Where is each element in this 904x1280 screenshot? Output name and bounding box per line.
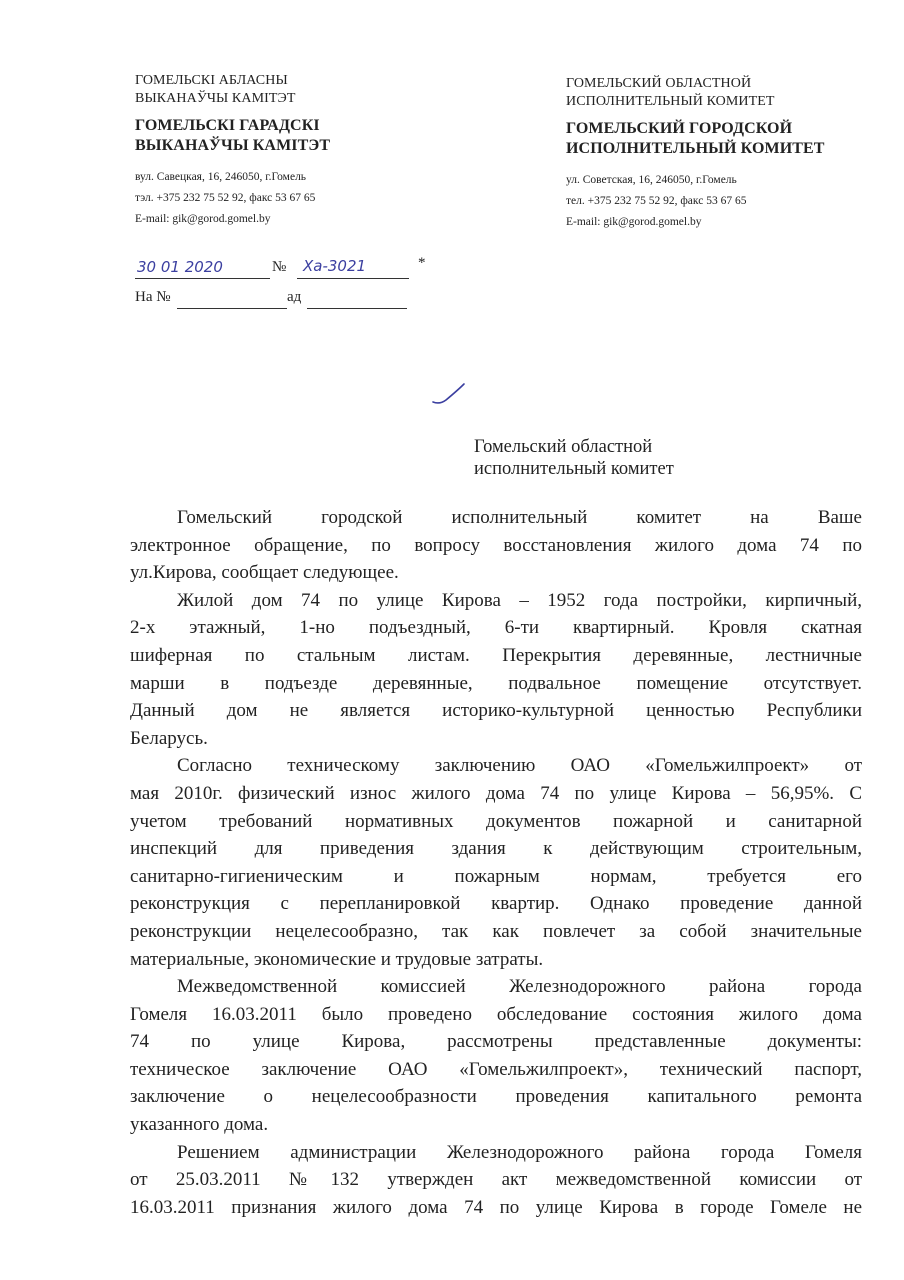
text-line: Решением администрации Железнодорожного … bbox=[130, 1139, 862, 1167]
text-line: техническое заключение ОАО «Гомельжилпро… bbox=[130, 1056, 862, 1084]
parent-org-line: ИСПОЛНИТЕЛЬНЫЙ КОМИТЕТ bbox=[566, 93, 886, 111]
text-line: санитарно-гигиеническим и пожарным норма… bbox=[130, 863, 862, 891]
text-line: Межведомственной комиссией Железнодорожн… bbox=[130, 973, 862, 1001]
text-line: Согласно техническому заключению ОАО «Го… bbox=[130, 752, 862, 780]
parent-org-line: ГОМЕЛЬСКІ АБЛАСНЫ bbox=[135, 72, 455, 90]
letterhead-russian: ГОМЕЛЬСКИЙ ОБЛАСТНОЙ ИСПОЛНИТЕЛЬНЫЙ КОМИ… bbox=[566, 75, 886, 233]
text-line: от 25.03.2011 №132 утвержден акт межведо… bbox=[130, 1166, 862, 1194]
reply-number-underline bbox=[177, 288, 287, 309]
addressee-line: Гомельский областной bbox=[474, 436, 674, 458]
email: E-mail: gik@gorod.gomel.by bbox=[566, 212, 886, 233]
text-line: Жилой дом 74 по улице Кирова – 1952 года… bbox=[130, 587, 862, 615]
paragraph: Решением администрации Железнодорожного … bbox=[130, 1139, 862, 1222]
addressee-line: исполнительный комитет bbox=[474, 458, 674, 480]
addressee: Гомельский областной исполнительный коми… bbox=[474, 436, 674, 480]
text-line: реконструкция с перепланировкой квартир.… bbox=[130, 890, 862, 918]
text-line: 2-х этажный, 1-но подъездный, 6-ти кварт… bbox=[130, 614, 862, 642]
asterisk: * bbox=[418, 255, 426, 272]
parent-org-line: ВЫКАНАЎЧЫ КАМІТЭТ bbox=[135, 90, 455, 108]
text-line: Гомельский городской исполнительный коми… bbox=[130, 504, 862, 532]
handwritten-number: Ха-3021 bbox=[303, 257, 366, 275]
org-name: ГОМЕЛЬСКІ ГАРАДСКІ ВЫКАНАЎЧЫ КАМІТЭТ bbox=[135, 116, 455, 156]
phone-fax: тел. +375 232 75 52 92, факс 53 67 65 bbox=[566, 191, 886, 212]
text-line: инспекций для приведения здания к действ… bbox=[130, 835, 862, 863]
paragraph: Гомельский городской исполнительный коми… bbox=[130, 504, 862, 587]
text-line: указанного дома. bbox=[130, 1111, 862, 1139]
paragraph: Жилой дом 74 по улице Кирова – 1952 года… bbox=[130, 587, 862, 753]
phone-fax: тэл. +375 232 75 52 92, факс 53 67 65 bbox=[135, 188, 455, 209]
outgoing-registration-line: 30 01 2020 № Ха-3021 * bbox=[135, 258, 455, 282]
text-line: ул.Кирова, сообщает следующее. bbox=[130, 559, 862, 587]
address: вул. Савецкая, 16, 246050, г.Гомель bbox=[135, 167, 455, 188]
contact-block: ул. Советская, 16, 246050, г.Гомель тел.… bbox=[566, 170, 886, 233]
letter-page: ГОМЕЛЬСКІ АБЛАСНЫ ВЫКАНАЎЧЫ КАМІТЭТ ГОМЕ… bbox=[0, 0, 904, 1280]
checkmark-icon bbox=[430, 380, 470, 406]
reply-number-label: На № bbox=[135, 289, 171, 306]
text-line: 74 по улице Кирова, рассмотрены представ… bbox=[130, 1028, 862, 1056]
text-line: 16.03.2011 признания жилого дома 74 по у… bbox=[130, 1194, 862, 1222]
letterhead-belarusian: ГОМЕЛЬСКІ АБЛАСНЫ ВЫКАНАЎЧЫ КАМІТЭТ ГОМЕ… bbox=[135, 72, 455, 230]
text-line: заключение о нецелесообразности проведен… bbox=[130, 1083, 862, 1111]
org-name-line: ГОМЕЛЬСКІ ГАРАДСКІ bbox=[135, 116, 455, 136]
text-line: марши в подъезде деревянные, подвальное … bbox=[130, 670, 862, 698]
parent-org-line: ГОМЕЛЬСКИЙ ОБЛАСТНОЙ bbox=[566, 75, 886, 93]
text-line: реконструкции нецелесообразно, так как п… bbox=[130, 918, 862, 946]
email: E-mail: gik@gorod.gomel.by bbox=[135, 209, 455, 230]
registration-block: 30 01 2020 № Ха-3021 * На № ад bbox=[135, 258, 455, 312]
text-line: Данный дом не является историко-культурн… bbox=[130, 697, 862, 725]
reply-date-underline bbox=[307, 288, 407, 309]
org-name-line: ВЫКАНАЎЧЫ КАМІТЭТ bbox=[135, 136, 455, 156]
parent-org-name: ГОМЕЛЬСКІ АБЛАСНЫ ВЫКАНАЎЧЫ КАМІТЭТ bbox=[135, 72, 455, 108]
text-line: учетом требований нормативных документов… bbox=[130, 808, 862, 836]
org-name-line: ИСПОЛНИТЕЛЬНЫЙ КОМИТЕТ bbox=[566, 139, 886, 159]
paragraph: Межведомственной комиссией Железнодорожн… bbox=[130, 973, 862, 1139]
reply-from-label: ад bbox=[287, 289, 301, 306]
text-line: материальные, экономические и трудовые з… bbox=[130, 946, 862, 974]
text-line: Гомеля 16.03.2011 было проведено обследо… bbox=[130, 1001, 862, 1029]
org-name: ГОМЕЛЬСКИЙ ГОРОДСКОЙ ИСПОЛНИТЕЛЬНЫЙ КОМИ… bbox=[566, 119, 886, 159]
address: ул. Советская, 16, 246050, г.Гомель bbox=[566, 170, 886, 191]
text-line: электронное обращение, по вопросу восста… bbox=[130, 532, 862, 560]
text-line: мая 2010г. физический износ жилого дома … bbox=[130, 780, 862, 808]
org-name-line: ГОМЕЛЬСКИЙ ГОРОДСКОЙ bbox=[566, 119, 886, 139]
contact-block: вул. Савецкая, 16, 246050, г.Гомель тэл.… bbox=[135, 167, 455, 230]
text-line: шиферная по стальным листам. Перекрытия … bbox=[130, 642, 862, 670]
handwritten-date: 30 01 2020 bbox=[137, 258, 223, 276]
paragraph: Согласно техническому заключению ОАО «Го… bbox=[130, 752, 862, 973]
text-line: Беларусь. bbox=[130, 725, 862, 753]
number-label: № bbox=[272, 259, 286, 276]
letter-body: Гомельский городской исполнительный коми… bbox=[130, 504, 862, 1221]
reply-to-line: На № ад bbox=[135, 288, 455, 312]
parent-org-name: ГОМЕЛЬСКИЙ ОБЛАСТНОЙ ИСПОЛНИТЕЛЬНЫЙ КОМИ… bbox=[566, 75, 886, 111]
